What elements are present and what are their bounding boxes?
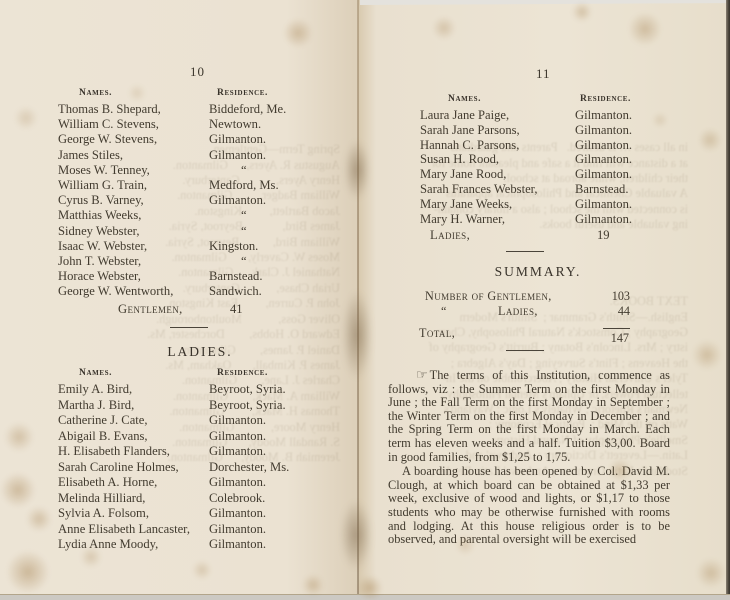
foxing-spot [0,472,36,508]
residence-column-header: Residence. [580,94,631,104]
student-residence: Beyroot, Syria. [209,382,286,397]
terms-paragraph: ☞The terms of this Institution, commence… [388,368,670,464]
student-name: Hannah C. Parsons, [420,138,519,153]
list-item: Emily A. Bird, Beyroot, Syria. [58,382,348,398]
summary-ladies-row: “ Ladies, 44 [425,304,630,319]
list-item: Sylvia A. Folsom, Gilmanton. [58,506,348,522]
summary-total-row: Total, 147 [425,326,630,344]
bleedthrough-line: Edward O. Hobbs, Dorchester, Ms. [40,327,340,342]
ladies-list-left: Emily A. Bird, Beyroot, Syria. Martha J.… [58,382,348,553]
terms-paragraphs: ☞The terms of this Institution, commence… [388,368,670,547]
list-item: Martha J. Bird, Beyroot, Syria. [58,398,348,414]
student-name: Mary Jane Weeks, [420,197,512,212]
list-item: Abigail B. Evans, Gilmanton. [58,429,348,445]
student-residence: “ [209,254,246,269]
foxing-spot [6,550,50,594]
student-residence: Gilmanton. [575,123,632,138]
residence-column-header: Residence. [217,368,268,378]
summary-total-label: Total, [419,326,455,341]
student-residence: Colebrook. [209,491,265,506]
gutter-smudge [344,140,370,200]
student-name: Susan H. Rood, [420,152,499,167]
gutter-smudge [342,290,372,380]
list-item: William G. Train, Medford, Ms. [58,178,348,193]
list-item: Sarah Jane Parsons, Gilmanton. [420,123,710,138]
list-item: Lydia Anne Moody, Gilmanton. [58,537,348,553]
foxing-spot [80,546,102,568]
student-name: James Stiles, [58,148,123,163]
foxing-spot [283,18,313,48]
names-column-header: Names. [79,88,112,98]
foxing-spot [4,422,34,452]
student-residence: Gilmanton. [575,108,632,123]
foxing-spot [356,576,384,600]
terms-text: The terms of this Institution, commence … [388,368,670,464]
student-name: George W. Wentworth, [58,284,173,299]
foxing-spot [302,574,324,596]
student-name: Isaac W. Webster, [58,239,147,254]
student-residence: Gilmanton. [575,152,632,167]
list-item: Sidney Webster, “ [58,224,348,239]
list-item: George W. Wentworth, Sandwich. [58,284,348,299]
list-item: James Stiles, Gilmanton. [58,148,348,163]
foxing-spot [455,535,475,555]
student-residence: “ [209,208,246,223]
list-item: Hannah C. Parsons, Gilmanton. [420,138,710,153]
student-name: Mary H. Warner, [420,212,505,227]
student-name: Mary Jane Rood, [420,167,506,182]
list-item: Mary Jane Weeks, Gilmanton. [420,197,710,212]
student-name: H. Elisabeth Flanders, [58,444,170,459]
ditto-mark: “ [441,304,445,319]
summary-ladies-label: Ladies, [498,304,538,319]
student-name: Moses W. Tenney, [58,163,150,178]
student-residence: “ [209,224,246,239]
ladies-count: 19 [597,228,610,243]
student-name: Sylvia A. Folsom, [58,506,149,521]
student-name: Lydia Anne Moody, [58,537,158,552]
student-residence: Gilmanton. [575,197,632,212]
student-name: Sarah Frances Webster, [420,182,538,197]
list-item: Catherine J. Cate, Gilmanton. [58,413,348,429]
foxing-spot [608,458,632,482]
names-column-header: Names. [448,94,481,104]
list-item: Thomas B. Shepard, Biddeford, Me. [58,102,348,117]
student-residence: Gilmanton. [209,413,266,428]
student-name: John T. Webster, [58,254,141,269]
summary-gentlemen-label: Number of Gentlemen, [425,289,552,303]
summary-heading: SUMMARY. [478,264,598,280]
ladies-list-right: Laura Jane Paige, Gilmanton. Sarah Jane … [420,108,710,226]
page-number-right: 11 [536,66,551,82]
foxing-spot [698,128,722,152]
student-name: Cyrus B. Varney, [58,193,144,208]
student-residence: Gilmanton. [575,167,632,182]
student-residence: Newtown. [209,117,261,132]
student-residence: Medford, Ms. [209,178,279,193]
list-item: John T. Webster, “ [58,254,348,269]
student-residence: Gilmanton. [575,212,632,227]
separator-rule [170,327,208,328]
gutter-smudge [340,500,372,570]
foxing-spot [696,558,726,588]
foxing-spot [572,2,592,22]
foxing-spot [628,12,662,46]
student-name: Martha J. Bird, [58,398,134,413]
gentlemen-label: Gentlemen, [118,302,183,316]
list-item: William C. Stevens, Newtown. [58,117,348,132]
list-item: Matthias Weeks, “ [58,208,348,223]
list-item: George W. Stevens, Gilmanton. [58,132,348,147]
student-residence: Gilmanton. [209,193,266,208]
student-residence: Gilmanton. [209,506,266,521]
foxing-spot [692,340,722,370]
ladies-section-heading: LADIES. [140,344,260,360]
student-residence: Beyroot, Syria. [209,398,286,413]
student-name: Emily A. Bird, [58,382,132,397]
separator-rule [506,251,544,252]
summary-gentlemen-value: 103 [612,289,630,304]
gentlemen-count: 41 [230,302,243,317]
book-scan-photo: Spring Term—Gentlemen.Augustus R. Ayers,… [0,0,730,600]
student-name: Sarah Caroline Holmes, [58,460,179,475]
printers-fist-icon: ☞ [416,367,430,382]
list-item: Horace Webster, Barnstead. [58,269,348,284]
ladies-label: Ladies, [430,228,470,242]
list-item: Sarah Frances Webster, Barnstead. [420,182,710,197]
foxing-spot [26,506,52,532]
student-name: Sidney Webster, [58,224,140,239]
summary-ladies-value: 44 [618,304,630,319]
summary-total-value: 147 [603,328,630,346]
student-residence: Gilmanton. [209,444,266,459]
student-residence: Gilmanton. [575,138,632,153]
student-residence: Dorchester, Ms. [209,460,289,475]
list-item: Elisabeth A. Horne, Gilmanton. [58,475,348,491]
list-item: Melinda Hilliard, Colebrook. [58,491,348,507]
ladies-count-row: Ladies, 19 [430,228,630,243]
photo-right-edge [726,0,730,600]
student-name: George W. Stevens, [58,132,157,147]
list-item: Sarah Caroline Holmes, Dorchester, Ms. [58,460,348,476]
student-name: Melinda Hilliard, [58,491,145,506]
list-item: Mary Jane Rood, Gilmanton. [420,167,710,182]
names-column-header: Names. [79,368,112,378]
student-residence: Gilmanton. [209,537,266,552]
foxing-spot [432,16,456,40]
gentlemen-count-row: Gentlemen, 41 [118,302,298,317]
student-name: William G. Train, [58,178,147,193]
student-name: Anne Elisabeth Lancaster, [58,522,190,537]
summary-gentlemen-row: Number of Gentlemen, 103 [425,289,630,304]
student-residence: “ [209,163,246,178]
student-name: Thomas B. Shepard, [58,102,161,117]
student-name: Elisabeth A. Horne, [58,475,157,490]
student-residence: Sandwich. [209,284,262,299]
list-item: H. Elisabeth Flanders, Gilmanton. [58,444,348,460]
list-item: Isaac W. Webster, Kingston. [58,239,348,254]
student-name: Laura Jane Paige, [420,108,509,123]
student-residence: Gilmanton. [209,522,266,537]
gentlemen-list: Thomas B. Shepard, Biddeford, Me. Willia… [58,102,348,299]
student-residence: Biddeford, Me. [209,102,286,117]
student-residence: Barnstead. [575,182,629,197]
separator-rule [506,350,544,351]
foxing-spot [128,84,146,102]
student-name: Sarah Jane Parsons, [420,123,520,138]
student-name: Horace Webster, [58,269,141,284]
student-residence: Barnstead. [209,269,263,284]
student-name: Catherine J. Cate, [58,413,148,428]
student-name: Abigail B. Evans, [58,429,148,444]
foxing-spot [652,112,668,128]
foxing-spot [192,560,212,580]
student-residence: Gilmanton. [209,429,266,444]
summary-table: Number of Gentlemen, 103 “ Ladies, 44 To… [425,289,630,344]
list-item: Susan H. Rood, Gilmanton. [420,152,710,167]
student-name: Matthias Weeks, [58,208,141,223]
page-number-left: 10 [190,64,205,80]
list-item: Moses W. Tenney, “ [58,163,348,178]
list-item: Mary H. Warner, Gilmanton. [420,212,710,227]
student-residence: Gilmanton. [209,148,266,163]
student-residence: Gilmanton. [209,475,266,490]
list-item: Cyrus B. Varney, Gilmanton. [58,193,348,208]
residence-column-header: Residence. [217,88,268,98]
list-item: Anne Elisabeth Lancaster, Gilmanton. [58,522,348,538]
student-name: William C. Stevens, [58,117,159,132]
foxing-spot [14,106,38,130]
student-residence: Kingston. [209,239,258,254]
student-residence: Gilmanton. [209,132,266,147]
